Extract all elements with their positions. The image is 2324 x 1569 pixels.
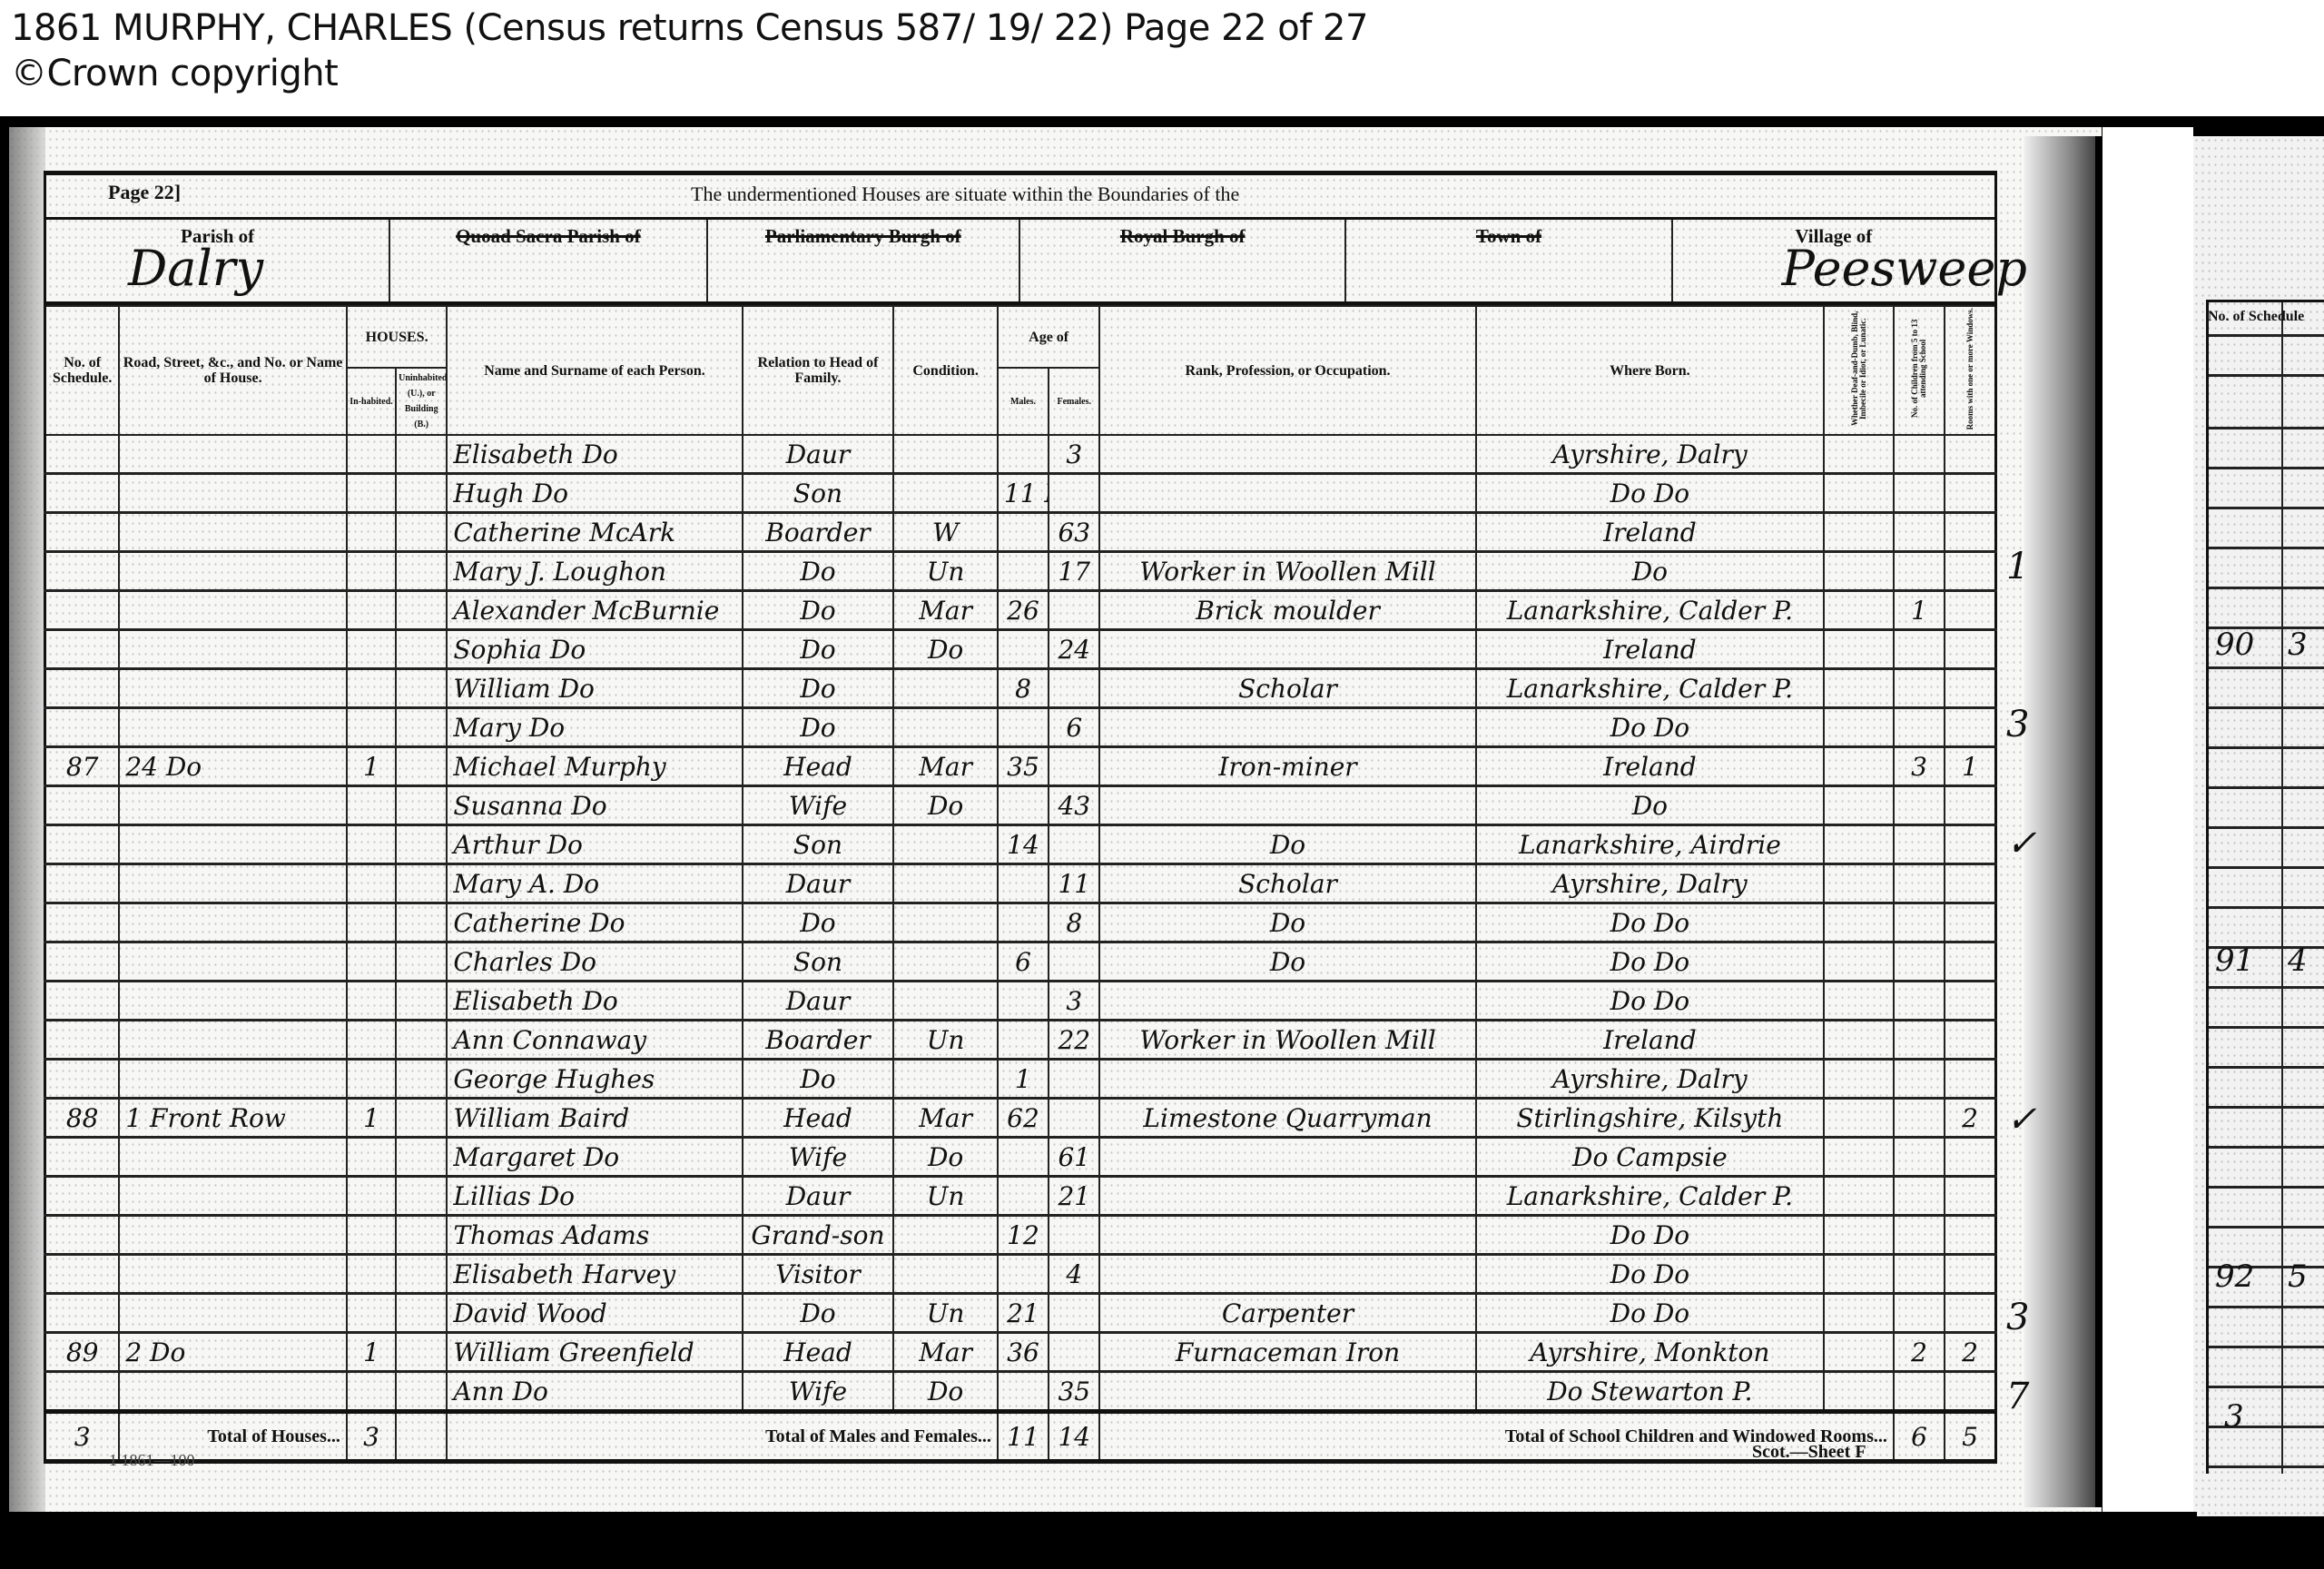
cell-male: 21 <box>998 1294 1049 1333</box>
cell-school <box>1894 630 1945 669</box>
cell-name: Ann Connaway <box>447 1021 742 1060</box>
cell-relation: Do <box>743 669 894 708</box>
table-row: Mary J. LoughonDoUn17Worker in Woollen M… <box>45 552 1996 591</box>
cell-inhab <box>347 1255 396 1294</box>
cell-road <box>119 708 347 747</box>
cell-inhab <box>347 825 396 864</box>
cell-male <box>998 864 1049 903</box>
cell-born: Lanarkshire, Calder P. <box>1476 591 1825 630</box>
division-town-of: Town of <box>1346 220 1672 301</box>
division-label: Town of <box>1346 225 1670 248</box>
cell-occupation <box>1099 435 1475 474</box>
cell-inhab: 1 <box>347 1099 396 1138</box>
cell-school <box>1894 552 1945 591</box>
cell-name: Susanna Do <box>447 786 742 825</box>
cell-occupation <box>1099 1060 1475 1099</box>
cell-schedule <box>45 864 120 903</box>
cell-road <box>119 591 347 630</box>
table-row: Alexander McBurnieDoMar26Brick moulderLa… <box>45 591 1996 630</box>
cell-rooms <box>1945 982 1995 1021</box>
cell-inhab: 1 <box>347 1333 396 1372</box>
cell-inhab <box>347 1372 396 1412</box>
cell-condition <box>893 825 998 864</box>
cell-uninhab <box>396 669 447 708</box>
cell-road <box>119 942 347 982</box>
division-label: Parliamentary Burgh of <box>708 225 1019 248</box>
cell-schedule <box>45 786 120 825</box>
cell-schedule <box>45 552 120 591</box>
cell-name: Elisabeth Do <box>447 982 742 1021</box>
boundaries-heading: The undermentioned Houses are situate wi… <box>691 183 1239 206</box>
cell-relation: Wife <box>743 1138 894 1177</box>
cell-uninhab <box>396 1177 447 1216</box>
cell-schedule: 89 <box>45 1333 120 1372</box>
cell-inhab: 1 <box>347 747 396 786</box>
division-label: Quoad Sacra Parish of <box>390 225 705 248</box>
cell-female: 43 <box>1049 786 1099 825</box>
cell-condition: Mar <box>893 1333 998 1372</box>
cell-school <box>1894 942 1945 982</box>
cell-name: Lillias Do <box>447 1177 742 1216</box>
cell-rooms <box>1945 708 1995 747</box>
cell-road <box>119 1294 347 1333</box>
cell-road: 1 Front Row <box>119 1099 347 1138</box>
cell-condition: Mar <box>893 591 998 630</box>
table-row: 892 Do1William GreenfieldHeadMar36Furnac… <box>45 1333 1996 1372</box>
cell-inhab <box>347 552 396 591</box>
table-row: Elisabeth DoDaur3Ayrshire, Dalry <box>45 435 1996 474</box>
cell-rooms <box>1945 1060 1995 1099</box>
cell-rooms: 1 <box>1945 747 1995 786</box>
cell-school: 3 <box>1894 747 1945 786</box>
cell-rooms <box>1945 1177 1995 1216</box>
cell-male <box>998 1372 1049 1412</box>
cell-schedule: 88 <box>45 1099 120 1138</box>
cell-school <box>1894 1021 1945 1060</box>
col-houses: HOUSES. <box>347 306 447 368</box>
cell-school <box>1894 982 1945 1021</box>
cell-uninhab <box>396 942 447 982</box>
cell-condition: Un <box>893 552 998 591</box>
cell-road <box>119 903 347 942</box>
cell-deaf <box>1824 864 1894 903</box>
cell-inhab <box>347 513 396 552</box>
cell-rooms <box>1945 630 1995 669</box>
cell-occupation: Scholar <box>1099 669 1475 708</box>
cell-condition: Un <box>893 1294 998 1333</box>
cell-deaf <box>1824 1255 1894 1294</box>
cell-inhab <box>347 903 396 942</box>
cell-uninhab <box>396 1216 447 1255</box>
cell-female <box>1049 1333 1099 1372</box>
cell-school <box>1894 864 1945 903</box>
cell-rooms <box>1945 474 1995 513</box>
cell-male <box>998 513 1049 552</box>
cell-schedule <box>45 1255 120 1294</box>
cell-female <box>1049 669 1099 708</box>
boundary-divisions: Parish ofDalryQuoad Sacra Parish ofParli… <box>44 220 1997 305</box>
cell-born: Do <box>1476 552 1825 591</box>
cell-occupation <box>1099 1216 1475 1255</box>
margin-tally: ✓ <box>2006 823 2037 864</box>
cell-occupation: Iron-miner <box>1099 747 1475 786</box>
total-rooms: 5 <box>1945 1412 1995 1462</box>
table-row: George HughesDo1Ayrshire, Dalry <box>45 1060 1996 1099</box>
cell-name: William Greenfield <box>447 1333 742 1372</box>
cell-occupation <box>1099 474 1475 513</box>
cell-male <box>998 1021 1049 1060</box>
cell-male: 12 <box>998 1216 1049 1255</box>
cell-uninhab <box>396 747 447 786</box>
cell-schedule <box>45 1177 120 1216</box>
cell-school <box>1894 1138 1945 1177</box>
cell-female <box>1049 825 1099 864</box>
cell-uninhab <box>396 1138 447 1177</box>
total-school: 6 <box>1894 1412 1945 1462</box>
next-house-no: 5 <box>2288 1258 2308 1295</box>
table-row: Elisabeth DoDaur3Do Do <box>45 982 1996 1021</box>
cell-school <box>1894 786 1945 825</box>
cell-school <box>1894 903 1945 942</box>
cell-inhab <box>347 942 396 982</box>
cell-female: 3 <box>1049 435 1099 474</box>
cell-born: Ireland <box>1476 747 1825 786</box>
cell-male <box>998 552 1049 591</box>
cell-female: 17 <box>1049 552 1099 591</box>
table-row: Catherine McArkBoarderW63Ireland <box>45 513 1996 552</box>
cell-condition: Un <box>893 1021 998 1060</box>
cell-uninhab <box>396 1060 447 1099</box>
cell-relation: Son <box>743 474 894 513</box>
col-windowed-rooms: Rooms with one or more Windows. <box>1945 306 1995 435</box>
next-page-header: No. of Schedule <box>2208 309 2304 325</box>
cell-born: Lanarkshire, Calder P. <box>1476 669 1825 708</box>
cell-schedule <box>45 1021 120 1060</box>
cell-inhab <box>347 435 396 474</box>
cell-inhab <box>347 1294 396 1333</box>
cell-name: Thomas Adams <box>447 1216 742 1255</box>
cell-road <box>119 552 347 591</box>
cell-deaf <box>1824 552 1894 591</box>
table-row: Mary DoDo6Do Do <box>45 708 1996 747</box>
cell-deaf <box>1824 591 1894 630</box>
cell-uninhab <box>396 1372 447 1412</box>
cell-female: 63 <box>1049 513 1099 552</box>
cell-deaf <box>1824 1177 1894 1216</box>
cell-name: David Wood <box>447 1294 742 1333</box>
cell-inhab <box>347 1138 396 1177</box>
cell-condition <box>893 903 998 942</box>
cell-uninhab <box>396 591 447 630</box>
cell-relation: Do <box>743 1060 894 1099</box>
cell-deaf <box>1824 1138 1894 1177</box>
cell-occupation <box>1099 1138 1475 1177</box>
cell-deaf <box>1824 747 1894 786</box>
cell-school: 2 <box>1894 1333 1945 1372</box>
document-caption: 1861 MURPHY, CHARLES (Census returns Cen… <box>11 5 1368 96</box>
cell-name: Sophia Do <box>447 630 742 669</box>
printer-stamp: 1 1861—100 <box>109 1451 195 1470</box>
cell-condition <box>893 708 998 747</box>
cell-road <box>119 982 347 1021</box>
cell-schedule <box>45 982 120 1021</box>
binding-edge <box>2095 136 2102 1507</box>
cell-name: Michael Murphy <box>447 747 742 786</box>
cell-occupation: Do <box>1099 942 1475 982</box>
margin-tally: ✓ <box>2006 1099 2037 1140</box>
cell-road: 2 Do <box>119 1333 347 1372</box>
cell-occupation: Furnaceman Iron <box>1099 1333 1475 1372</box>
cell-condition <box>893 1255 998 1294</box>
cell-born: Ireland <box>1476 1021 1825 1060</box>
table-row: Catherine DoDo8DoDo Do <box>45 903 1996 942</box>
cell-born: Lanarkshire, Airdrie <box>1476 825 1825 864</box>
cell-condition <box>893 435 998 474</box>
cell-rooms <box>1945 669 1995 708</box>
cell-road <box>119 630 347 669</box>
cell-schedule <box>45 474 120 513</box>
division-royal-burgh-of: Royal Burgh of <box>1020 220 1346 301</box>
cell-rooms: 2 <box>1945 1333 1995 1372</box>
division-parish-of: Parish ofDalry <box>46 220 390 301</box>
cell-occupation: Carpenter <box>1099 1294 1475 1333</box>
cell-relation: Head <box>743 747 894 786</box>
cell-relation: Daur <box>743 864 894 903</box>
cell-rooms <box>1945 786 1995 825</box>
cell-occupation: Do <box>1099 825 1475 864</box>
cell-deaf <box>1824 786 1894 825</box>
cell-born: Do Do <box>1476 903 1825 942</box>
cell-school <box>1894 825 1945 864</box>
cell-rooms <box>1945 1255 1995 1294</box>
cell-female <box>1049 1294 1099 1333</box>
cell-uninhab <box>396 982 447 1021</box>
cell-name: Mary Do <box>447 708 742 747</box>
cell-rooms <box>1945 552 1995 591</box>
cell-born: Lanarkshire, Calder P. <box>1476 1177 1825 1216</box>
cell-occupation: Worker in Woollen Mill <box>1099 1021 1475 1060</box>
cell-school <box>1894 1216 1945 1255</box>
col-occupation: Rank, Profession, or Occupation. <box>1099 306 1475 435</box>
division-parliamentary-burgh-of: Parliamentary Burgh of <box>708 220 1020 301</box>
cell-uninhab <box>396 435 447 474</box>
cell-deaf <box>1824 1021 1894 1060</box>
cell-name: Margaret Do <box>447 1138 742 1177</box>
col-relation: Relation to Head of Family. <box>743 306 894 435</box>
cell-female <box>1049 747 1099 786</box>
table-row: William DoDo8ScholarLanarkshire, Calder … <box>45 669 1996 708</box>
cell-inhab <box>347 474 396 513</box>
cell-name: Catherine Do <box>447 903 742 942</box>
cell-male <box>998 1177 1049 1216</box>
cell-rooms <box>1945 1216 1995 1255</box>
margin-tally: 1 <box>2006 546 2029 587</box>
cell-inhab <box>347 1060 396 1099</box>
cell-deaf <box>1824 825 1894 864</box>
cell-rooms <box>1945 825 1995 864</box>
cell-male <box>998 435 1049 474</box>
cell-name: Charles Do <box>447 942 742 982</box>
cell-born: Stirlingshire, Kilsyth <box>1476 1099 1825 1138</box>
col-condition: Condition. <box>893 306 998 435</box>
cell-school <box>1894 1294 1945 1333</box>
cell-deaf <box>1824 1099 1894 1138</box>
cell-uninhab <box>396 903 447 942</box>
cell-uninhab <box>396 1294 447 1333</box>
cell-school <box>1894 474 1945 513</box>
page-number: Page 22] <box>108 181 181 204</box>
cell-relation: Do <box>743 591 894 630</box>
col-uninhabited: Uninhabited (U.), or Building (B.) <box>396 368 447 435</box>
division-quoad-sacra-parish-of: Quoad Sacra Parish of <box>390 220 707 301</box>
census-form: Page 22] The undermentioned Houses are s… <box>44 171 1997 1464</box>
cell-female: 61 <box>1049 1138 1099 1177</box>
col-road: Road, Street, &c., and No. or Name of Ho… <box>119 306 347 435</box>
cell-road <box>119 864 347 903</box>
census-table: No. of Schedule. Road, Street, &c., and … <box>44 305 1997 1464</box>
total-males: 11 <box>998 1412 1049 1462</box>
page-edge-shadow <box>9 127 45 1512</box>
sheet-mark: Scot.—Sheet F <box>1752 1442 1866 1463</box>
cell-name: Ann Do <box>447 1372 742 1412</box>
cell-relation: Daur <box>743 435 894 474</box>
cell-deaf <box>1824 982 1894 1021</box>
cell-road <box>119 435 347 474</box>
cell-condition: Do <box>893 1372 998 1412</box>
cell-condition: Do <box>893 786 998 825</box>
cell-road: 24 Do <box>119 747 347 786</box>
cell-female: 8 <box>1049 903 1099 942</box>
table-row: 8724 Do1Michael MurphyHeadMar35Iron-mine… <box>45 747 1996 786</box>
cell-deaf <box>1824 1060 1894 1099</box>
cell-relation: Son <box>743 942 894 982</box>
cell-male: 62 <box>998 1099 1049 1138</box>
col-school-children: No. of Children from 5 to 13 attending S… <box>1894 306 1945 435</box>
scan-top-border <box>0 116 2324 127</box>
cell-relation: Visitor <box>743 1255 894 1294</box>
cell-occupation <box>1099 1372 1475 1412</box>
record-title: 1861 MURPHY, CHARLES (Census returns Cen… <box>11 5 1368 51</box>
cell-condition: Un <box>893 1177 998 1216</box>
cell-born: Ayrshire, Monkton <box>1476 1333 1825 1372</box>
cell-condition: Do <box>893 1138 998 1177</box>
cell-occupation: Brick moulder <box>1099 591 1475 630</box>
cell-schedule <box>45 435 120 474</box>
cell-female <box>1049 942 1099 982</box>
cell-schedule <box>45 1216 120 1255</box>
cell-name: Arthur Do <box>447 825 742 864</box>
division-village-of: Village ofPeesweep <box>1673 220 1994 301</box>
cell-name: Mary J. Loughon <box>447 552 742 591</box>
cell-occupation <box>1099 1255 1475 1294</box>
cell-uninhab <box>396 630 447 669</box>
cell-born: Do Stewarton P. <box>1476 1372 1825 1412</box>
cell-deaf <box>1824 513 1894 552</box>
cell-female <box>1049 591 1099 630</box>
cell-occupation: Do <box>1099 903 1475 942</box>
col-age: Age of <box>998 306 1100 368</box>
cell-born: Ireland <box>1476 630 1825 669</box>
cell-rooms <box>1945 591 1995 630</box>
division-value: Dalry <box>128 240 263 297</box>
cell-school <box>1894 1177 1945 1216</box>
cell-uninhab <box>396 786 447 825</box>
cell-born: Do Do <box>1476 474 1825 513</box>
cell-inhab <box>347 1021 396 1060</box>
cell-female <box>1049 1099 1099 1138</box>
cell-school <box>1894 669 1945 708</box>
cell-relation: Head <box>743 1099 894 1138</box>
table-row: 881 Front Row1William BairdHeadMar62Lime… <box>45 1099 1996 1138</box>
cell-inhab <box>347 708 396 747</box>
cell-rooms <box>1945 1021 1995 1060</box>
cell-schedule <box>45 903 120 942</box>
cell-schedule <box>45 1372 120 1412</box>
cell-school <box>1894 1255 1945 1294</box>
cell-male <box>998 903 1049 942</box>
cell-relation: Daur <box>743 1177 894 1216</box>
next-house-no: 3 <box>2288 627 2308 663</box>
cell-born: Ayrshire, Dalry <box>1476 1060 1825 1099</box>
next-schedule-no: 90 <box>2215 627 2254 663</box>
cell-female <box>1049 474 1099 513</box>
cell-born: Ayrshire, Dalry <box>1476 864 1825 903</box>
cell-relation: Head <box>743 1333 894 1372</box>
col-males: Males. <box>998 368 1049 435</box>
cell-male: 35 <box>998 747 1049 786</box>
cell-relation: Grand-son <box>743 1216 894 1255</box>
cell-deaf <box>1824 630 1894 669</box>
cell-rooms <box>1945 1138 1995 1177</box>
cell-born: Do Do <box>1476 1294 1825 1333</box>
cell-uninhab <box>396 1333 447 1372</box>
cell-occupation: Limestone Quarryman <box>1099 1099 1475 1138</box>
scan-bottom-border <box>0 1512 2197 1569</box>
margin-tally: 3 <box>2006 1297 2029 1338</box>
cell-school <box>1894 708 1945 747</box>
cell-schedule <box>45 942 120 982</box>
col-females: Females. <box>1049 368 1099 435</box>
cell-relation: Do <box>743 903 894 942</box>
cell-name: Elisabeth Do <box>447 435 742 474</box>
cell-name: William Do <box>447 669 742 708</box>
cell-born: Do <box>1476 786 1825 825</box>
cell-road <box>119 825 347 864</box>
cell-inhab <box>347 630 396 669</box>
cell-name: Elisabeth Harvey <box>447 1255 742 1294</box>
cell-male: 6 <box>998 942 1049 982</box>
cell-deaf <box>1824 435 1894 474</box>
cell-relation: Boarder <box>743 513 894 552</box>
cell-rooms <box>1945 942 1995 982</box>
cell-uninhab <box>396 1099 447 1138</box>
cell-uninhab <box>396 864 447 903</box>
cell-male: 26 <box>998 591 1049 630</box>
cell-relation: Son <box>743 825 894 864</box>
table-row: Elisabeth HarveyVisitor4Do Do <box>45 1255 1996 1294</box>
cell-schedule <box>45 591 120 630</box>
cell-male: 36 <box>998 1333 1049 1372</box>
cell-deaf <box>1824 1372 1894 1412</box>
cell-male: 14 <box>998 825 1049 864</box>
cell-road <box>119 669 347 708</box>
cell-occupation: Worker in Woollen Mill <box>1099 552 1475 591</box>
cell-occupation <box>1099 513 1475 552</box>
cell-road <box>119 1372 347 1412</box>
cell-inhab <box>347 1177 396 1216</box>
cell-female <box>1049 1216 1099 1255</box>
cell-rooms <box>1945 864 1995 903</box>
